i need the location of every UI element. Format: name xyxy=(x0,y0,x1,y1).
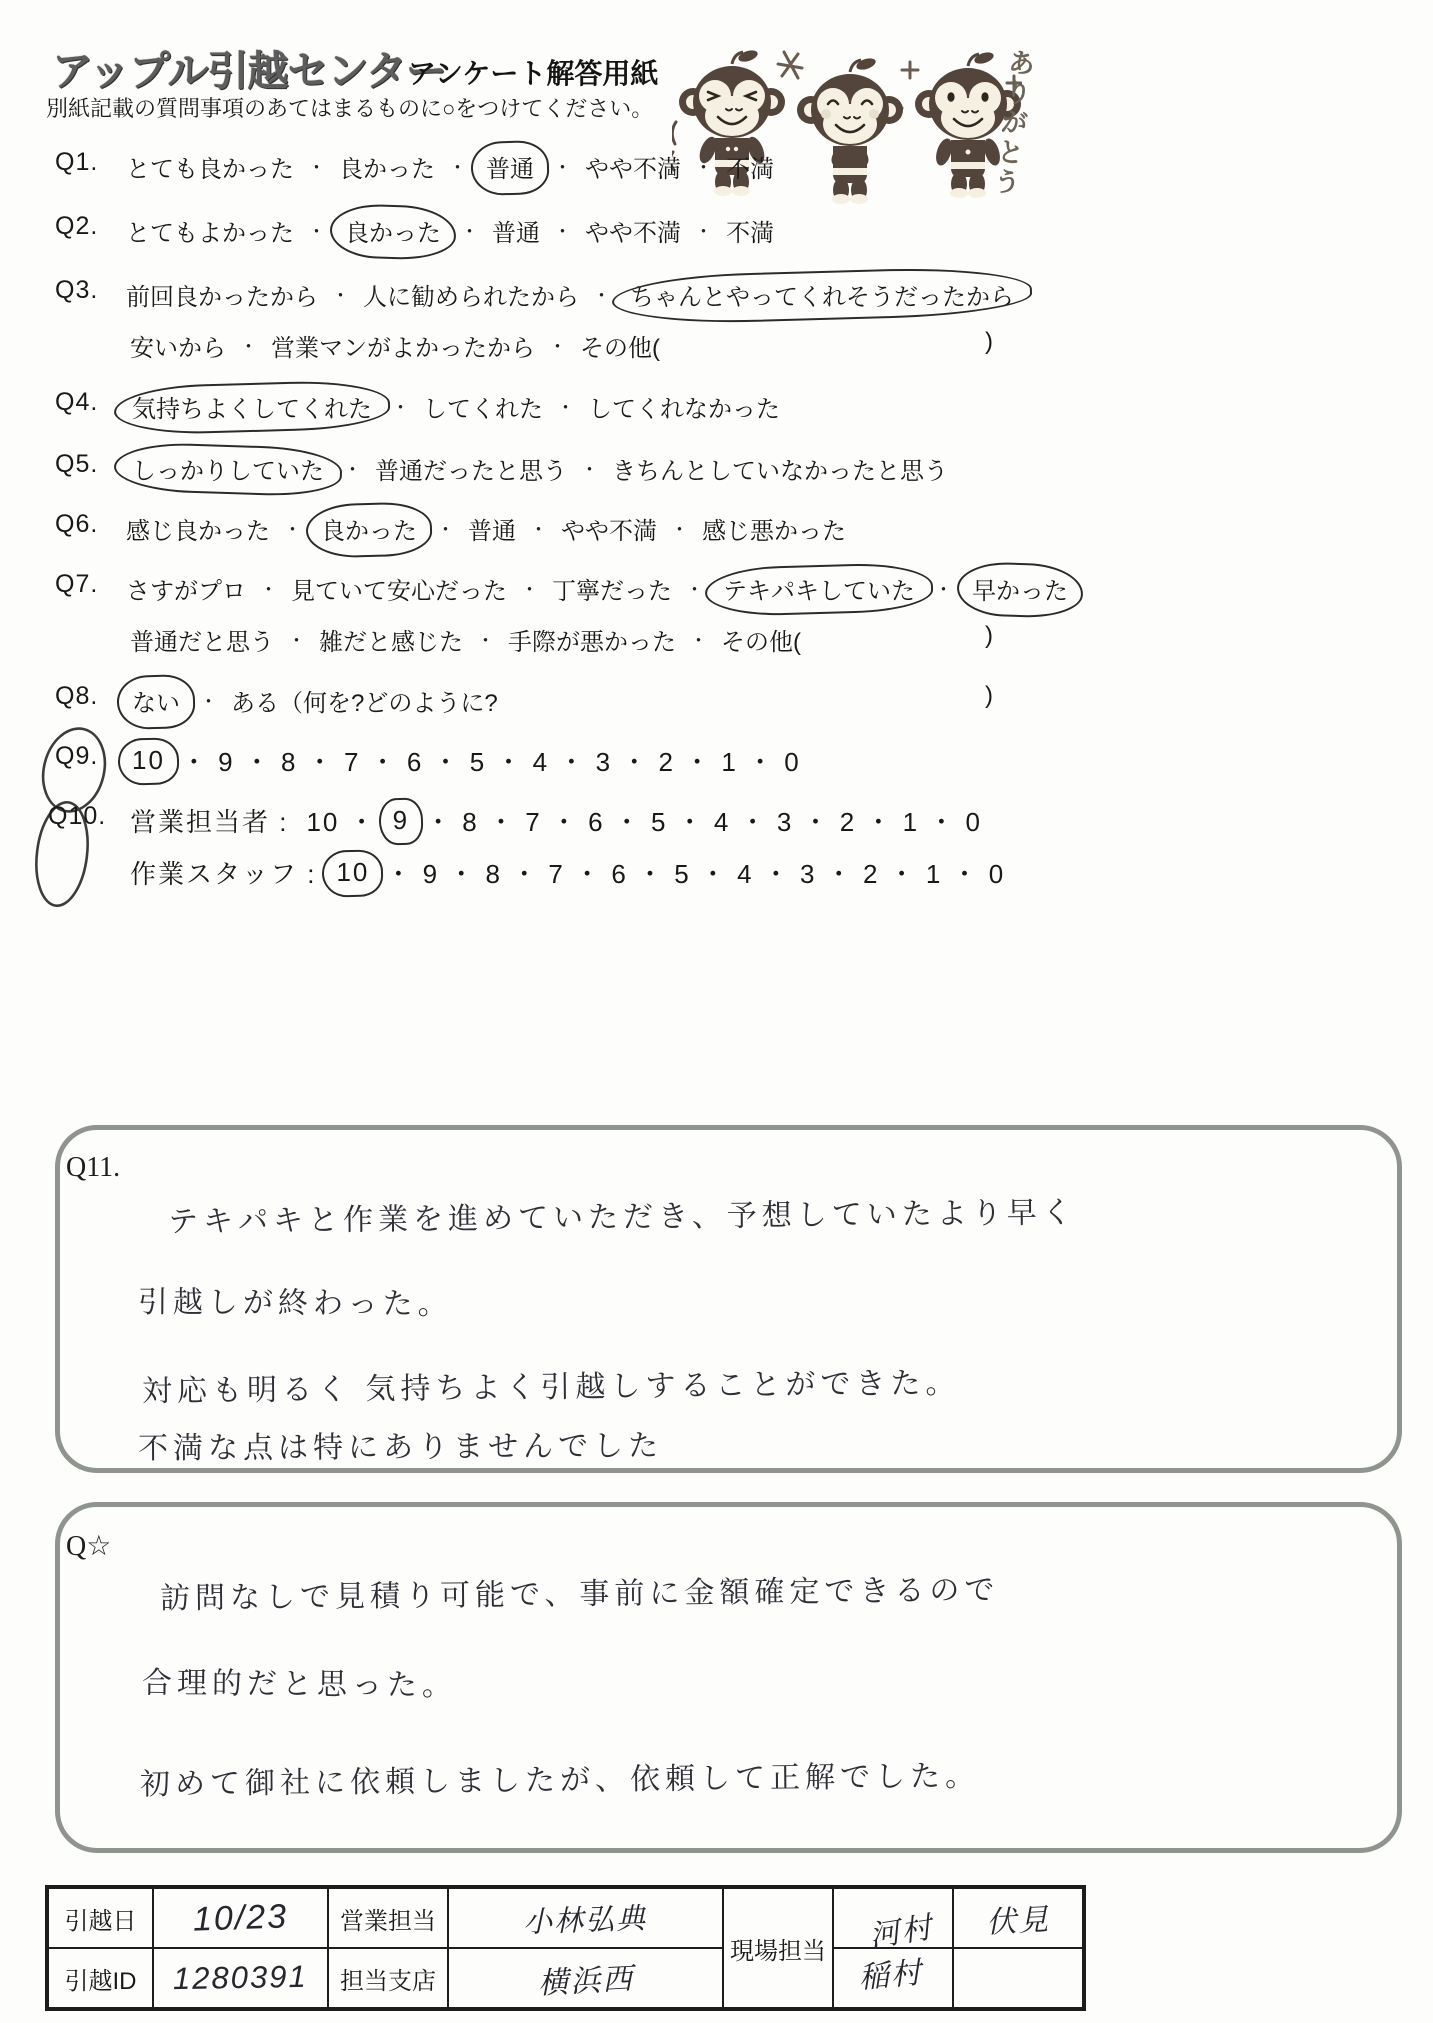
separator-dot: ・ xyxy=(548,332,567,359)
question-9: Q9. 10 ・ 9 ・ 8 ・ 7 ・ 6 ・ 5 ・ 4 ・ 3 ・ 2 ・… xyxy=(0,742,1433,786)
q7-other-close-paren: ) xyxy=(985,622,993,650)
question-7-row-1: Q7. さすがプロ・ 見ていて安心だった・ 丁寧だった・ テキパキしていた・ 早… xyxy=(0,570,1433,614)
q10-sales-rep-label: 営業担当者 : xyxy=(130,802,288,839)
q6-option-3: 普通 xyxy=(468,511,516,546)
q3-option-other: その他( xyxy=(580,328,660,363)
q6-option-4: やや不満 xyxy=(561,511,657,546)
separator-dot: ・ xyxy=(391,393,410,420)
separator-dot: ・ xyxy=(283,515,302,542)
sales-rep-label: 営業担当 xyxy=(328,1888,448,1948)
brand-title: アップル引越センター xyxy=(52,38,446,97)
q8-option-2: ある（何を?どのように? xyxy=(231,683,498,718)
q11-handwritten-line-3: 対応も明るく 気持ちよく引越しすることができた。 xyxy=(142,1358,961,1411)
q4-label: Q4. xyxy=(55,388,98,417)
q10-staff-label: 作業スタッフ : xyxy=(130,854,316,891)
separator-dot: ・ xyxy=(694,153,713,180)
q7-option-8: 手際が悪かった xyxy=(508,622,676,657)
separator-dot: ・ xyxy=(689,626,708,653)
separator-dot: ・ xyxy=(436,515,455,542)
separator-dot: ・ xyxy=(694,217,713,244)
q8-close-paren: ) xyxy=(985,682,993,710)
q8-label: Q8. xyxy=(55,682,98,711)
branch-value: 横浜西 xyxy=(448,1948,723,2008)
separator-dot: ・ xyxy=(448,153,467,180)
q3-option-5: 営業マンがよかったから xyxy=(271,328,535,363)
question-10-row-1: Q10. 営業担当者 : 10 ・ 9 ・ 8 ・ 7 ・ 6 ・ 5 ・ 4 … xyxy=(0,802,1433,846)
q7-option-7: 雑だと感じた xyxy=(319,622,463,657)
q10-staff-scale-after: ・ 9 ・ 8 ・ 7 ・ 6 ・ 5 ・ 4 ・ 3 ・ 2 ・ 1 ・ 0 xyxy=(385,854,1005,891)
q6-option-5: 感じ悪かった xyxy=(702,511,846,546)
question-4: Q4. 気持ちよくしてくれた・ してくれた・ してくれなかった xyxy=(0,388,1433,432)
q3-option-1: 前回良かったから xyxy=(126,277,318,312)
site-staff-name-3: 伏見 xyxy=(953,1888,1083,1948)
q11-comment-box: Q11. テキパキと作業を進めていただき、予想していたより早く 引越しが終わった… xyxy=(55,1125,1402,1473)
question-1: Q1. とても良かった・ 良かった・ 普通・ やや不満・ 不満 xyxy=(0,148,1433,192)
q11-label: Q11. xyxy=(66,1152,120,1184)
q7-label: Q7. xyxy=(55,570,98,599)
q10-sales-scale-after: ・ 8 ・ 7 ・ 6 ・ 5 ・ 4 ・ 3 ・ 2 ・ 1 ・ 0 xyxy=(425,802,982,839)
q2-option-5: 不満 xyxy=(726,213,774,248)
move-id-value: 1280391 xyxy=(153,1948,328,2008)
q5-label: Q5. xyxy=(55,450,98,479)
qstar-comment-box: Q☆ 訪問なしで見積り可能で、事前に金額確定できるので 合理的だと思った。 初め… xyxy=(55,1502,1402,1853)
separator-dot: ・ xyxy=(307,217,326,244)
question-5: Q5. しっかりしていた・ 普通だったと思う・ きちんとしていなかったと思う xyxy=(0,450,1433,494)
q3-other-close-paren: ) xyxy=(985,328,993,356)
separator-dot: ・ xyxy=(592,281,611,308)
q1-option-4: やや不満 xyxy=(585,149,681,184)
q2-option-1: とてもよかった xyxy=(126,213,294,248)
q10-sales-score-9-circled: 9 xyxy=(387,804,415,837)
move-id-handwritten: 1280391 xyxy=(173,1959,308,1997)
question-6: Q6. 感じ良かった・ 良かった・ 普通・ やや不満・ 感じ悪かった xyxy=(0,510,1433,554)
q2-label: Q2. xyxy=(55,212,98,241)
separator-dot: ・ xyxy=(476,626,495,653)
question-10-row-2: 作業スタッフ : 10 ・ 9 ・ 8 ・ 7 ・ 6 ・ 5 ・ 4 ・ 3 … xyxy=(0,854,1433,898)
q4-option-2: してくれた xyxy=(423,389,543,424)
q7-option-other: その他( xyxy=(721,622,801,657)
separator-dot: ・ xyxy=(287,626,306,653)
branch-label: 担当支店 xyxy=(328,1948,448,2008)
qstar-handwritten-line-1: 訪問なしで見積り可能で、事前に金額確定できるので xyxy=(160,1565,1000,1618)
q4-option-3: してくれなかった xyxy=(588,389,780,424)
site-staff-name-2: 稲村 xyxy=(833,1948,953,2008)
q7-option-3: 丁寧だった xyxy=(552,571,672,606)
question-3-row-1: Q3. 前回良かったから・ 人に勧められたから・ ちゃんとやってくれそうだったか… xyxy=(0,276,1433,320)
q1-option-3-circled: 普通 xyxy=(480,148,540,185)
q6-label: Q6. xyxy=(55,510,98,539)
q8-option-1-circled: ない xyxy=(126,682,186,719)
q3-option-3-circled: ちゃんとやってくれそうだったから xyxy=(624,276,1020,313)
qstar-handwritten-line-2: 合理的だと思った。 xyxy=(142,1658,457,1705)
question-3-row-2: 安いから・ 営業マンがよかったから・ その他( ) xyxy=(0,328,1433,372)
site-staff-label: 現場担当 xyxy=(723,1888,833,2008)
q11-handwritten-line-2: 引越しが終わった。 xyxy=(138,1277,453,1323)
q2-option-2-circled: 良かった xyxy=(339,212,447,249)
separator-dot: ・ xyxy=(343,455,362,482)
separator-dot: ・ xyxy=(529,515,548,542)
separator-dot: ・ xyxy=(199,687,218,714)
move-id-label: 引越ID xyxy=(48,1948,153,2008)
question-8: Q8. ない・ ある（何を?どのように? ) xyxy=(0,682,1433,726)
q7-option-2: 見ていて安心だった xyxy=(291,571,507,606)
q11-handwritten-line-4: 不満な点は特にありませんでした xyxy=(138,1421,663,1468)
branch-handwritten: 横浜西 xyxy=(536,1954,634,2003)
q5-option-1-circled: しっかりしていた xyxy=(126,450,330,487)
sales-rep-value: 小林弘典 xyxy=(448,1888,723,1948)
question-7-row-2: 普通だと思う・ 雑だと感じた・ 手際が悪かった・ その他( ) xyxy=(0,622,1433,666)
separator-dot: ・ xyxy=(331,281,350,308)
q3-label: Q3. xyxy=(55,276,98,305)
q2-option-4: やや不満 xyxy=(585,213,681,248)
separator-dot: ・ xyxy=(553,217,572,244)
q9-score-10-circled: 10 xyxy=(126,744,171,777)
survey-sheet: アップル引越センター アンケート解答用紙 別紙記載の質問事項のあてはまるものに○… xyxy=(0,0,1433,2023)
move-date-value: 10/23 xyxy=(153,1888,328,1948)
separator-dot: ・ xyxy=(580,455,599,482)
instruction-text: 別紙記載の質問事項のあてはまるものに○をつけてください。 xyxy=(46,92,653,123)
q10-label: Q10. xyxy=(48,802,106,831)
q4-option-1-circled: 気持ちよくしてくれた xyxy=(126,388,378,425)
q1-option-2: 良かった xyxy=(339,149,435,184)
q6-option-2-circled: 良かった xyxy=(315,510,423,547)
empty-cell xyxy=(953,1948,1083,2008)
separator-dot: ・ xyxy=(685,575,704,602)
qstar-handwritten-line-3: 初めて御社に依頼しましたが、依頼して正解でした。 xyxy=(140,1751,980,1804)
separator-dot: ・ xyxy=(556,393,575,420)
q3-option-4: 安いから xyxy=(130,328,226,363)
q11-handwritten-line-1: テキパキと作業を進めていただき、予想していたより早く xyxy=(168,1187,1077,1241)
q3-option-2: 人に勧められたから xyxy=(363,277,579,312)
q10-staff-score-10-circled: 10 xyxy=(330,856,375,889)
move-date-handwritten: 10/23 xyxy=(192,1897,288,1939)
q6-option-1: 感じ良かった xyxy=(126,511,270,546)
separator-dot: ・ xyxy=(239,332,258,359)
q7-option-4-circled: テキパキしていた xyxy=(717,570,921,607)
separator-dot: ・ xyxy=(670,515,689,542)
separator-dot: ・ xyxy=(307,153,326,180)
q7-option-1: さすがプロ xyxy=(126,571,246,606)
site-staff-name-1: 河村 xyxy=(833,1888,953,1948)
q1-label: Q1. xyxy=(55,148,98,177)
separator-dot: ・ xyxy=(520,575,539,602)
qstar-label: Q☆ xyxy=(66,1529,111,1563)
q2-option-3: 普通 xyxy=(492,213,540,248)
q10-sales-scale-before: 10 ・ xyxy=(306,802,376,839)
sales-rep-handwritten: 小林弘典 xyxy=(523,1895,648,1940)
move-date-label: 引越日 xyxy=(48,1888,153,1948)
q1-option-5: 不満 xyxy=(726,149,774,184)
q7-option-5-circled: 早かった xyxy=(966,570,1074,607)
q9-score-scale: ・ 9 ・ 8 ・ 7 ・ 6 ・ 5 ・ 4 ・ 3 ・ 2 ・ 1 ・ 0 xyxy=(181,742,801,779)
q7-option-6: 普通だと思う xyxy=(130,622,274,657)
separator-dot: ・ xyxy=(259,575,278,602)
q5-option-2: 普通だったと思う xyxy=(375,451,567,486)
site-staff-3-handwritten: 伏見 xyxy=(985,1894,1051,1941)
q1-option-1: とても良かった xyxy=(126,149,294,184)
separator-dot: ・ xyxy=(460,217,479,244)
footer-info-table: 引越日 10/23 営業担当 小林弘典 現場担当 河村 伏見 引越ID 1280… xyxy=(45,1885,1086,2011)
form-title: アンケート解答用紙 xyxy=(408,52,658,92)
separator-dot: ・ xyxy=(934,575,953,602)
separator-dot: ・ xyxy=(553,153,572,180)
site-staff-2-handwritten: 稲村 xyxy=(857,1947,925,1996)
q5-option-3: きちんとしていなかったと思う xyxy=(612,451,948,486)
question-2: Q2. とてもよかった・ 良かった・ 普通・ やや不満・ 不満 xyxy=(0,212,1433,256)
